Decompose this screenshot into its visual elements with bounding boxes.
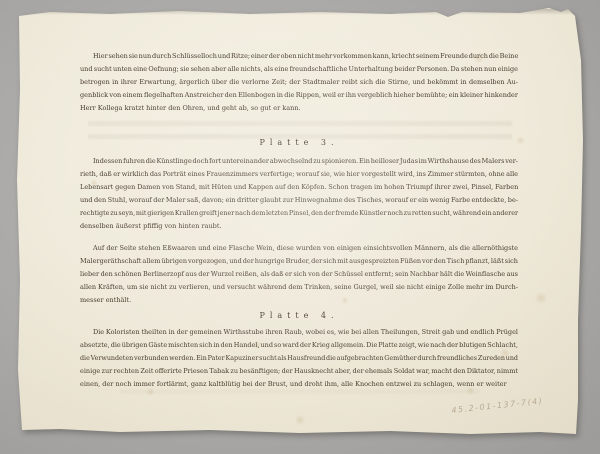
text-line-content: Lebensart gegen Damen von Stand, mit Hüt… [80,183,518,191]
text-line-content: lieber den schönen Berlinerzopf aus der … [80,270,518,278]
text-line: lieber den schönen Berlinerzopf aus der … [80,268,518,281]
text-line-content: rieth, daß er wirklich das Porträt eines… [80,170,518,178]
text-line: allen Kräften, um sie nicht zu verlieren… [80,281,518,294]
text-line-content: Herr Kollega kratzt hinter den Ohren, un… [80,104,301,112]
foxing-spot [294,415,306,425]
text-line: die Verwundeten verbunden werden. Ein Pa… [80,352,518,365]
foxing-spot [534,292,548,304]
text-line: rieth, daß er wirklich das Porträt eines… [80,168,518,181]
text-line-content: absetzte, die übrigen Gäste mischten sic… [80,339,518,352]
text-line-content: Indessen fuhren die Künstlinge doch fort… [93,155,518,168]
text-line-content: Auf der Seite stehen Eßwaaren und eine F… [93,244,518,252]
text-line-content: einige zur rechten Zeit offerirte Priese… [80,367,518,375]
text-line: einen, der noch immer fortlärmt, ganz ka… [80,378,518,391]
text-line-content: denselben äußerst pfiffig von hinten rau… [80,222,222,230]
text-line-content: betrogen in ihrer Erwartung, ärgerlich ü… [80,78,518,86]
paragraph-2: Indessen fuhren die Künstlinge doch fort… [80,155,518,233]
text-line-content: messer enthält. [80,296,131,304]
text-line: Lebensart gegen Damen von Stand, mit Hüt… [80,181,518,194]
text-line: Indessen fuhren die Künstlinge doch fort… [93,155,518,168]
text-line: und den Stuhl, worauf der Maler saß, dav… [80,194,518,207]
text-line-content: und den Stuhl, worauf der Maler saß, dav… [80,196,518,204]
paragraph-3: Auf der Seite stehen Eßwaaren und eine F… [80,242,518,307]
paper-surface: Hier sehen sie nun durch Schlüsselloch u… [0,0,600,454]
text-line: Hier sehen sie nun durch Schlüsselloch u… [93,50,518,63]
text-line: rechtigte zu seyn, mit gierigen Krallen … [80,207,518,220]
paragraph-4: Die Koloristen theilten in der gemeinen … [80,326,518,391]
text-line-content: Hier sehen sie nun durch Schlüsselloch u… [93,52,518,60]
text-line-content: genblick von einem flegelhaften Anstreic… [80,91,518,99]
text-line: Auf der Seite stehen Eßwaaren und eine F… [93,242,518,255]
text-line: betrogen in ihrer Erwartung, ärgerlich ü… [80,76,518,89]
text-line-content: die Verwundeten verbunden werden. Ein Pa… [80,352,518,365]
text-line: messer enthält. [80,294,518,307]
text-line-content: und sucht unten eine Oefnung; sie sehen … [80,63,518,76]
photo-background: Hier sehen sie nun durch Schlüsselloch u… [0,0,600,454]
text-line: absetzte, die übrigen Gäste mischten sic… [80,339,518,352]
text-line: einige zur rechten Zeit offerirte Priese… [80,365,518,378]
text-line: Die Koloristen theilten in der gemeinen … [93,326,518,339]
text-line-content: Die Koloristen theilten in der gemeinen … [93,328,518,336]
text-line-content: einen, der noch immer fortlärmt, ganz ka… [80,380,507,388]
text-line-content: Malergeräthschaft allem übrigen vorgezog… [80,257,518,265]
section-heading-platte-3: Platte 3. [80,137,518,148]
text-line: und sucht unten eine Oefnung; sie sehen … [80,63,518,76]
printed-text-block: Hier sehen sie nun durch Schlüsselloch u… [80,0,518,391]
section-heading-platte-4: Platte 4. [80,310,518,321]
text-line-content: rechtigte zu seyn, mit gierigen Krallen … [80,207,518,220]
paragraph-1: Hier sehen sie nun durch Schlüsselloch u… [80,0,518,115]
text-line: genblick von einem flegelhaften Anstreic… [80,89,518,102]
text-line: denselben äußerst pfiffig von hinten rau… [80,220,518,233]
text-line: Herr Kollega kratzt hinter den Ohren, un… [80,102,518,115]
paper-sheet: Hier sehen sie nun durch Schlüsselloch u… [0,0,600,454]
text-line: Malergeräthschaft allem übrigen vorgezog… [80,255,518,268]
text-line-content: allen Kräften, um sie nicht zu verlieren… [80,283,518,291]
